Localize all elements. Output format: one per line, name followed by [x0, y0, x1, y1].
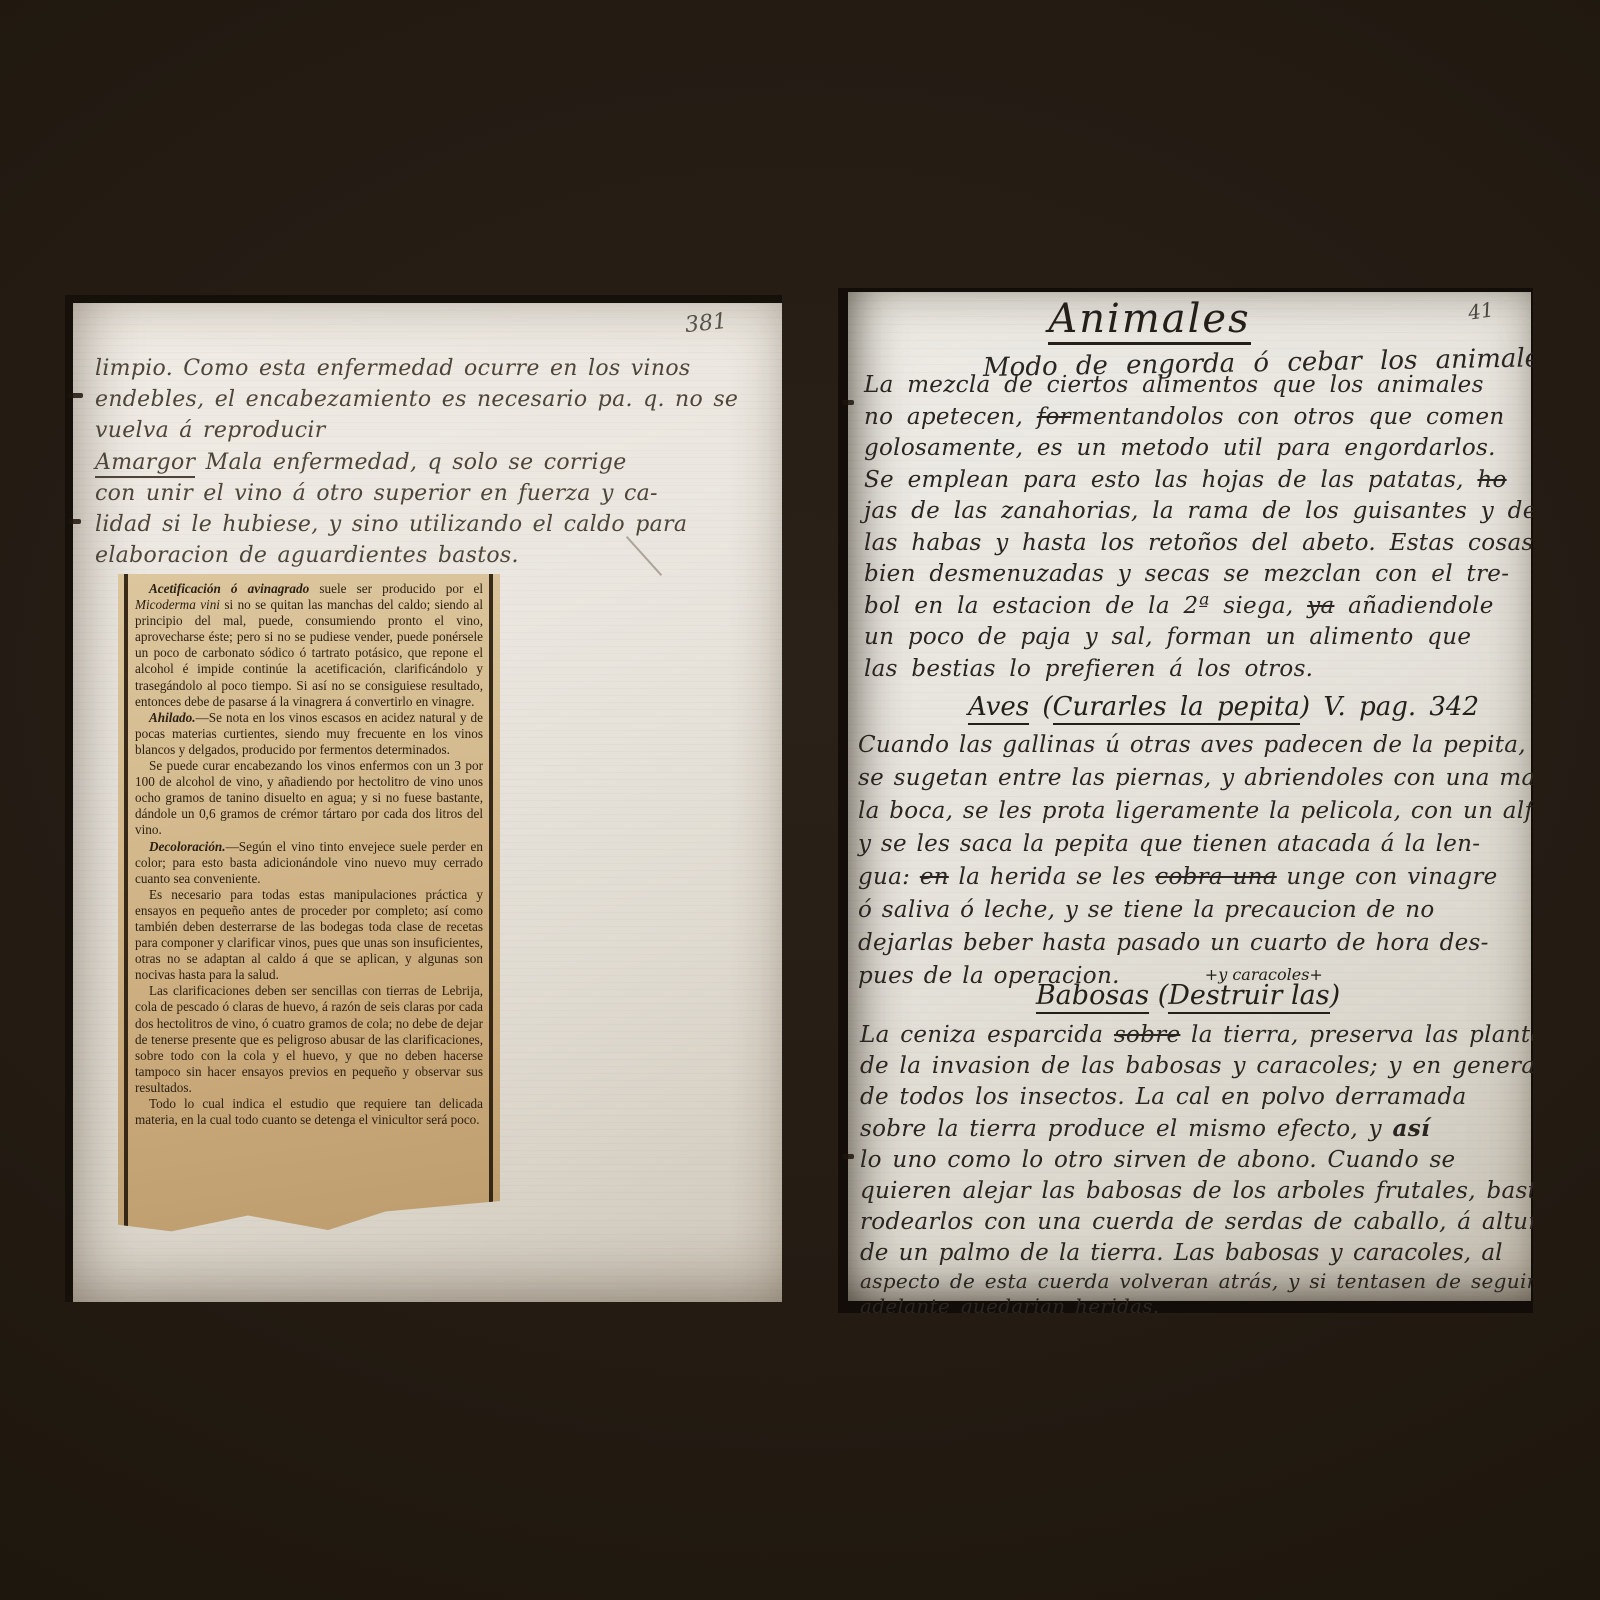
handwritten-text: Mala enfermedad, q solo se corrige — [195, 450, 626, 475]
paragraph-babosas-remedio: La ceniza esparcida sobre la tierra, pre… — [860, 1020, 1533, 1313]
handwritten-text: gua: — [858, 864, 920, 890]
handwritten-line: las bestias lo prefieren á los otros. — [864, 654, 1533, 686]
handwritten-text: lidad si le hubiese, y sino utilizando e… — [95, 512, 687, 537]
handwritten-text: golosamente, es un metodo util para engo… — [864, 435, 1496, 461]
clipping-lead-text: Acetificación ó avinagrado — [149, 581, 309, 596]
handwritten-text: de la invasion de las babosas y caracole… — [860, 1053, 1533, 1079]
clipping-text-segment: Las clarificaciones deben ser sencillas … — [135, 983, 483, 1095]
binding-stitch-mark — [842, 1154, 854, 1159]
clipping-lead-text: Decoloración. — [149, 839, 226, 854]
handwritten-text: las bestias lo prefieren á los otros. — [864, 656, 1313, 682]
handwritten-line: y se les saca la pepita que tienen ataca… — [858, 828, 1533, 861]
handwritten-text: la tierra, preserva las plantas — [1180, 1022, 1533, 1048]
handwritten-text: ( — [1149, 980, 1168, 1011]
struck-text: sobre — [1114, 1022, 1180, 1048]
handwritten-text: no apetecen, — [864, 404, 1037, 430]
handwritten-text: así — [1393, 1115, 1431, 1142]
handwritten-line: La mezcla de ciertos alimentos que los a… — [864, 370, 1533, 402]
clipping-italic-text: Micoderma vini — [135, 597, 220, 612]
handwritten-line: Cuando las gallinas ú otras aves padecen… — [858, 729, 1533, 762]
left-page-number: 381 — [684, 309, 728, 338]
handwritten-line: gua: en la herida se les cobra una unge … — [858, 861, 1533, 894]
handwritten-text: se sugetan entre las piernas, y abriendo… — [858, 765, 1533, 791]
handwritten-line: bien desmenuzadas y secas se mezclan con… — [864, 559, 1533, 591]
handwritten-line: un poco de paja y sal, forman un aliment… — [864, 622, 1533, 654]
page-title-text: Animales — [1048, 296, 1250, 345]
handwritten-text: Destruir las — [1168, 980, 1329, 1014]
clipping-text-segment: Se puede curar encabezando los vinos enf… — [135, 758, 483, 837]
manuscript-page-right: 41 Animales Modo de engorda ó cebar los … — [848, 292, 1531, 1301]
struck-text: en — [920, 864, 949, 890]
binding-stitch-mark — [68, 519, 81, 524]
handwritten-text: añadiendole — [1334, 593, 1493, 619]
handwritten-line: limpio. Como esta enfermedad ocurre en l… — [95, 353, 738, 384]
handwritten-text: limpio. Como esta enfermedad ocurre en l… — [95, 356, 690, 381]
paragraph-aves-pepita: Cuando las gallinas ú otras aves padecen… — [858, 729, 1533, 993]
handwritten-text: ) — [1330, 980, 1341, 1011]
handwritten-line: elaboracion de aguardientes bastos. — [95, 540, 738, 571]
handwritten-line: adelante quedarian heridas. — [860, 1294, 1533, 1313]
handwritten-text: bien desmenuzadas y secas se mezclan con… — [864, 561, 1509, 587]
handwritten-text: lo uno como lo otro sirven de abono. Cua… — [860, 1147, 1455, 1173]
handwritten-text: ) — [1300, 692, 1323, 722]
handwritten-text: de un palmo de la tierra. Las babosas y … — [860, 1240, 1502, 1266]
handwritten-line: de la invasion de las babosas y caracole… — [860, 1051, 1533, 1082]
section-heading-aves: Aves (Curarles la pepita) V. pag. 342 — [968, 692, 1468, 722]
handwritten-line: rodearlos con una cuerda de serdas de ca… — [860, 1207, 1533, 1238]
handwritten-line: jas de las zanahorias, la rama de los gu… — [864, 496, 1533, 528]
handwritten-text: las habas y hasta los retoños del abeto.… — [864, 530, 1533, 556]
handwritten-line: sobre la tierra produce el mismo efecto,… — [860, 1113, 1533, 1145]
handwritten-text: vuelva á reproducir — [95, 418, 326, 443]
handwritten-line: vuelva á reproducir — [95, 415, 738, 446]
manuscript-page-left: 381 limpio. Como esta enfermedad ocurre … — [73, 303, 782, 1302]
column-rule-left — [124, 574, 128, 1234]
handwritten-text: Babosas — [1036, 980, 1149, 1014]
section-heading-babosas: +y caracoles+ Babosas (Destruir las) — [978, 980, 1398, 1011]
inserted-caracoles-note: +y caracoles+ — [1205, 965, 1323, 984]
handwritten-text: La mezcla de ciertos alimentos que los a… — [864, 372, 1484, 398]
handwritten-text: bol en la estacion de la 2ª siega, — [864, 593, 1307, 619]
handwritten-line: de todos los insectos. La cal en polvo d… — [860, 1082, 1533, 1113]
binding-stitch-mark — [842, 400, 854, 405]
struck-text: for — [1037, 404, 1071, 430]
column-rule-right — [489, 574, 493, 1234]
handwritten-text: Curarles la pepita — [1053, 692, 1300, 725]
handwritten-text: un poco de paja y sal, forman un aliment… — [864, 624, 1471, 650]
handwritten-text: endebles, el encabezamiento es necesario… — [95, 387, 738, 412]
clipping-text-segment: Es necesario para todas estas manipulaci… — [135, 887, 483, 982]
handwritten-text: unge con vinagre — [1277, 864, 1498, 890]
handwritten-text: elaboracion de aguardientes bastos. — [95, 543, 519, 568]
clipping-text-segment: suele ser producido por el — [309, 581, 483, 596]
left-page-photo: 381 limpio. Como esta enfermedad ocurre … — [65, 295, 782, 1302]
handwritten-line: La ceniza esparcida sobre la tierra, pre… — [860, 1020, 1533, 1051]
paragraph-feeding-animals: La mezcla de ciertos alimentos que los a… — [864, 370, 1533, 685]
handwritten-text: sobre la tierra produce el mismo efecto,… — [860, 1116, 1393, 1142]
handwritten-line: se sugetan entre las piernas, y abriendo… — [858, 762, 1533, 795]
handwritten-line: no apetecen, formentandolos con otros qu… — [864, 402, 1533, 434]
handwritten-text: con unir el vino á otro superior en fuer… — [95, 481, 658, 506]
newspaper-clipping: Acetificación ó avinagrado suele ser pro… — [118, 574, 500, 1234]
handwritten-line: endebles, el encabezamiento es necesario… — [95, 384, 738, 415]
clipping-paragraph-conclusion: Todo lo cual indica el estudio que requi… — [135, 1096, 483, 1128]
clipping-paragraph-decoloracion: Decoloración.—Según el vino tinto enveje… — [135, 839, 483, 887]
right-page-photo: 41 Animales Modo de engorda ó cebar los … — [838, 288, 1533, 1313]
handwritten-text: rodearlos con una cuerda de serdas de ca… — [860, 1209, 1533, 1235]
handwritten-text: la herida se les — [949, 864, 1155, 890]
handwritten-line: Amargor Mala enfermedad, q solo se corri… — [95, 447, 738, 478]
handwritten-text: V. pag. 342 — [1323, 692, 1479, 722]
handwritten-text: jas de las zanahorias, la rama de los gu… — [864, 498, 1533, 524]
handwritten-line: lo uno como lo otro sirven de abono. Cua… — [860, 1145, 1533, 1176]
handwritten-text: ó saliva ó leche, y se tiene la precauci… — [858, 897, 1434, 923]
handwritten-line: la boca, se les prota ligeramente la pel… — [858, 795, 1533, 828]
handwritten-line: las habas y hasta los retoños del abeto.… — [864, 528, 1533, 560]
handwritten-line: de un palmo de la tierra. Las babosas y … — [860, 1238, 1533, 1269]
handwritten-text: y se les saca la pepita que tienen ataca… — [858, 831, 1480, 857]
handwritten-line: aspecto de esta cuerda volveran atrás, y… — [860, 1269, 1533, 1294]
handwritten-text: la boca, se les prota ligeramente la pel… — [858, 798, 1533, 824]
section-heading-babosas-text: Babosas (Destruir las) — [1036, 980, 1340, 1014]
handwritten-line: golosamente, es un metodo util para engo… — [864, 433, 1533, 465]
handwritten-text: Amargor — [95, 450, 195, 478]
struck-text: ya — [1307, 593, 1334, 619]
handwritten-line: con unir el vino á otro superior en fuer… — [95, 478, 738, 509]
clipping-lead-text: Ahilado. — [149, 710, 196, 725]
left-handwriting-block: limpio. Como esta enfermedad ocurre en l… — [95, 353, 738, 571]
handwritten-line: lidad si le hubiese, y sino utilizando e… — [95, 509, 738, 540]
page-title: Animales — [848, 296, 1531, 342]
handwritten-text: de todos los insectos. La cal en polvo d… — [860, 1084, 1466, 1110]
handwritten-line: quieren alejar las babosas de los arbole… — [860, 1176, 1533, 1207]
handwritten-line: ó saliva ó leche, y se tiene la precauci… — [858, 894, 1533, 927]
handwritten-text: ( — [1029, 692, 1052, 722]
handwritten-line: dejarlas beber hasta pasado un cuarto de… — [858, 927, 1533, 960]
struck-text: cobra una — [1155, 864, 1277, 890]
struck-text: ho — [1477, 467, 1506, 493]
handwritten-line: Se emplean para esto las hojas de las pa… — [864, 465, 1533, 497]
handwritten-text: La ceniza esparcida — [860, 1022, 1114, 1048]
binding-stitch-mark — [68, 393, 83, 398]
handwritten-line: bol en la estacion de la 2ª siega, ya añ… — [864, 591, 1533, 623]
handwritten-text: dejarlas beber hasta pasado un cuarto de… — [858, 930, 1489, 956]
handwritten-text: aspecto de esta cuerda volveran atrás, y… — [860, 1269, 1533, 1293]
clipping-paragraph-acetificacion: Acetificación ó avinagrado suele ser pro… — [135, 581, 483, 710]
clipping-text-segment: si no se quitan las manchas del caldo; s… — [135, 597, 483, 709]
handwritten-text: adelante quedarian heridas. — [860, 1294, 1159, 1313]
clipping-paragraph-clarificaciones: Las clarificaciones deben ser sencillas … — [135, 983, 483, 1096]
handwritten-text: Aves — [968, 692, 1029, 725]
handwritten-text: quieren alejar las babosas de los arbole… — [860, 1178, 1533, 1204]
handwritten-text: Cuando las gallinas ú otras aves padecen… — [858, 732, 1526, 758]
clipping-paragraph-ahilado: Ahilado.—Se nota en los vinos escasos en… — [135, 710, 483, 758]
clipping-text-segment: Todo lo cual indica el estudio que requi… — [135, 1096, 483, 1127]
handwritten-text: mentandolos con otros que comen — [1071, 404, 1505, 430]
clipping-paragraph-manipulaciones: Es necesario para todas estas manipulaci… — [135, 887, 483, 984]
clipping-paragraph-cura: Se puede curar encabezando los vinos enf… — [135, 758, 483, 838]
handwritten-text: Se emplean para esto las hojas de las pa… — [864, 467, 1477, 493]
